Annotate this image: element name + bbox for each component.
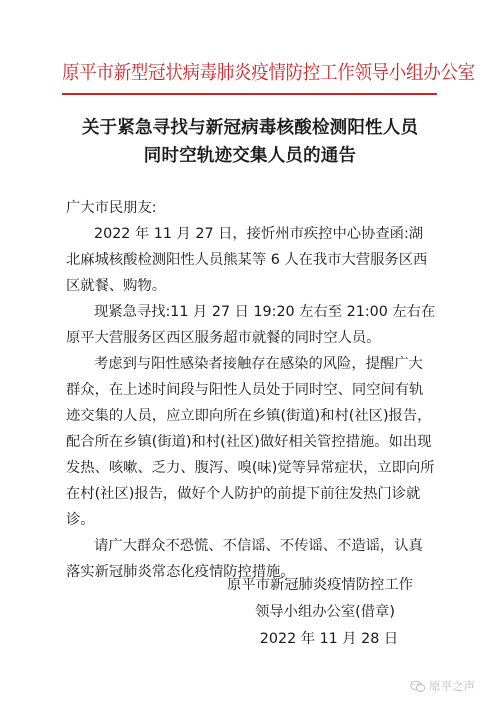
signature-issuer-line-2: 领导小组办公室(借章) — [200, 599, 440, 626]
signature-issuer-line-1: 原平市新冠肺炎疫情防控工作 — [200, 572, 440, 599]
document-title: 关于紧急寻找与新冠病毒核酸检测阳性人员 同时空轨迹交集人员的通告 — [30, 114, 470, 170]
notice-body: 广大市民朋友: 2022 年 11 月 27 日，接忻州市疾控中心协查函:湖北麻… — [66, 195, 436, 585]
watermark-text: 原平之声 — [429, 678, 475, 694]
header-red-rule — [62, 93, 437, 95]
greeting: 广大市民朋友: — [66, 195, 436, 221]
title-line-2: 同时空轨迹交集人员的通告 — [30, 142, 470, 170]
paragraph-1: 2022 年 11 月 27 日，接忻州市疾控中心协查函:湖北麻城核酸检测阳性人… — [66, 221, 436, 299]
paragraph-2: 现紧急寻找:11 月 27 日 19:20 左右至 21:00 左右在原平大营服… — [66, 299, 436, 351]
signature-block: 原平市新冠肺炎疫情防控工作 领导小组办公室(借章) 2022 年 11 月 28… — [200, 572, 440, 653]
paragraph-3: 考虑到与阳性感染者接触存在感染的风险，提醒广大群众，在上述时间段与阳性人员处于同… — [66, 351, 436, 533]
signature-date: 2022 年 11 月 28 日 — [200, 626, 440, 653]
title-line-1: 关于紧急寻找与新冠病毒核酸检测阳性人员 — [30, 114, 470, 142]
issuer-header: 原平市新型冠状病毒肺炎疫情防控工作领导小组办公室 — [62, 58, 438, 85]
wechat-icon — [410, 680, 426, 693]
watermark: 原平之声 — [410, 678, 475, 694]
